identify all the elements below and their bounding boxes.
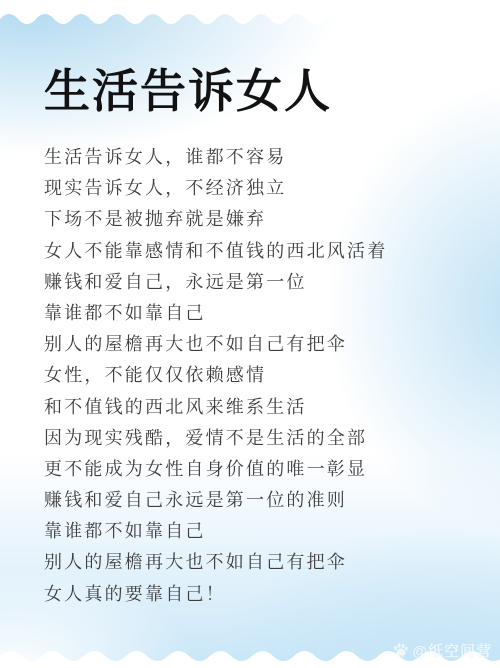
quote-line: 女人真的要靠自己！ xyxy=(44,579,464,610)
quote-line: 别人的屋檐再大也不如自己有把伞 xyxy=(44,329,464,360)
quote-line: 女性，不能仅仅依赖感情 xyxy=(44,360,464,391)
quote-line: 靠谁都不如靠自己 xyxy=(44,298,464,329)
watermark-handle: @纸空间营 xyxy=(412,640,492,661)
quote-line: 现实告诉女人，不经济独立 xyxy=(44,173,464,204)
top-wave-decoration xyxy=(0,0,500,30)
quote-line: 别人的屋檐再大也不如自己有把伞 xyxy=(44,547,464,578)
quote-text-block: 生活告诉女人，谁都不容易 现实告诉女人，不经济独立 下场不是被抛弃就是嫌弃 女人… xyxy=(44,142,464,610)
quote-line: 因为现实残酷，爱情不是生活的全部 xyxy=(44,423,464,454)
quote-line: 赚钱和爱自己，永远是第一位 xyxy=(44,267,464,298)
poster-title: 生活告诉女人 xyxy=(44,55,332,121)
quote-poster: 生活告诉女人 生活告诉女人，谁都不容易 现实告诉女人，不经济独立 下场不是被抛弃… xyxy=(0,0,500,668)
quote-line: 更不能成为女性自身价值的唯一彰显 xyxy=(44,454,464,485)
quote-line: 赚钱和爱自己永远是第一位的准则 xyxy=(44,485,464,516)
quote-line: 和不值钱的西北风来维系生活 xyxy=(44,392,464,423)
quote-line: 下场不是被抛弃就是嫌弃 xyxy=(44,204,464,235)
quote-line: 生活告诉女人，谁都不容易 xyxy=(44,142,464,173)
baidu-du-label: du xyxy=(398,654,405,659)
baidu-paw-icon: du xyxy=(392,642,409,659)
watermark: du @纸空间营 xyxy=(392,640,492,661)
quote-line: 靠谁都不如靠自己 xyxy=(44,516,464,547)
quote-line: 女人不能靠感情和不值钱的西北风活着 xyxy=(44,236,464,267)
